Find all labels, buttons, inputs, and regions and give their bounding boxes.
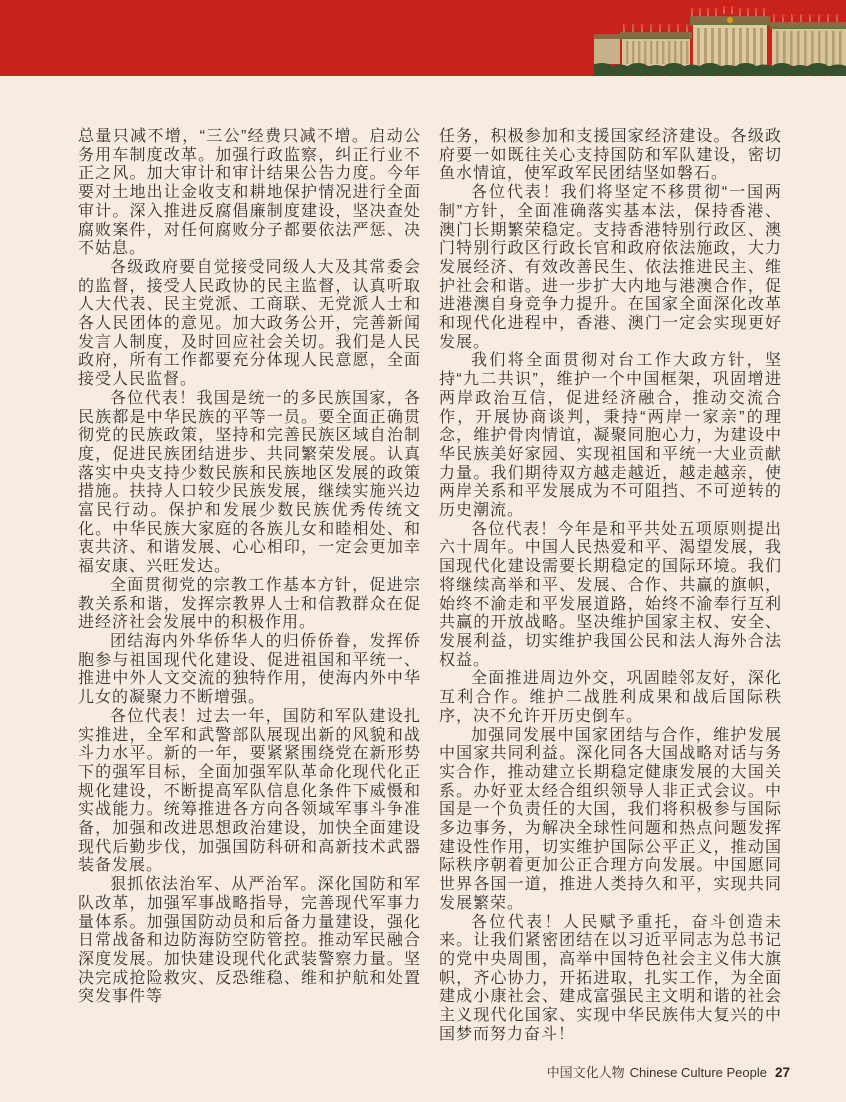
great-hall-of-the-people-photo [594, 4, 846, 76]
paragraph: 全面推进周边外交，巩固睦邻友好，深化互利合作。维护二战胜利成果和战后国际秩序，决… [439, 670, 782, 726]
journal-name-zh: 中国文化人物 [547, 1065, 625, 1080]
paragraph: 各位代表！今年是和平共处五项原则提出六十周年。中国人民热爱和平、渴望发展，我国现… [439, 521, 782, 671]
paragraph: 狠抓依法治军、从严治军。深化国防和军队改革，加强军事战略指导，完善现代军事力量体… [78, 876, 421, 1007]
page-number: 27 [775, 1065, 790, 1080]
paragraph: 任务，积极参加和支援国家经济建设。各级政府要一如既往关心支持国防和军队建设，密切… [439, 128, 782, 184]
national-emblem-icon [727, 17, 733, 23]
page-footer: 中国文化人物Chinese Culture People27 [547, 1062, 790, 1081]
paragraph: 全面贯彻党的宗教工作基本方针，促进宗教关系和谐，发挥宗教界人士和信教群众在促进经… [78, 577, 421, 633]
article-body: 总量只减不增，“三公”经费只减不增。启动公务用车制度改革。加强行政监察，纠正行业… [78, 128, 782, 1044]
paragraph: 我们将全面贯彻对台工作大政方针，坚持“九二共识”，维护一个中国框架，巩固增进两岸… [439, 352, 782, 520]
paragraph: 各位代表！人民赋予重托，奋斗创造未来。让我们紧密团结在以习近平同志为总书记的党中… [439, 914, 782, 1045]
paragraph: 各位代表！过去一年，国防和军队建设扎实推进，全军和武警部队展现出新的风貌和战斗力… [78, 708, 421, 876]
header-band [0, 0, 846, 76]
paragraph: 各位代表！我们将坚定不移贯彻“一国两制”方针，全面准确落实基本法，保持香港、澳门… [439, 184, 782, 352]
text-column-left: 总量只减不增，“三公”经费只减不增。启动公务用车制度改革。加强行政监察，纠正行业… [78, 128, 421, 1044]
magazine-page: 总量只减不增，“三公”经费只减不增。启动公务用车制度改革。加强行政监察，纠正行业… [0, 0, 846, 1102]
paragraph: 总量只减不增，“三公”经费只减不增。启动公务用车制度改革。加强行政监察，纠正行业… [78, 128, 421, 259]
paragraph: 各级政府要自觉接受同级人大及其常委会的监督，接受人民政协的民主监督，认真听取人大… [78, 259, 421, 390]
journal-name-en: Chinese Culture People [630, 1065, 767, 1080]
text-column-right: 任务，积极参加和支援国家经济建设。各级政府要一如既往关心支持国防和军队建设，密切… [439, 128, 782, 1044]
paragraph: 团结海内外华侨华人的归侨侨眷，发挥侨胞参与祖国现代化建设、促进祖国和平统一、推进… [78, 633, 421, 708]
paragraph: 加强同发展中国家团结与合作，维护发展中国家共同利益。深化同各大国战略对话与务实合… [439, 727, 782, 914]
paragraph: 各位代表！我国是统一的多民族国家，各民族都是中华民族的平等一员。要全面正确贯彻党… [78, 390, 421, 577]
